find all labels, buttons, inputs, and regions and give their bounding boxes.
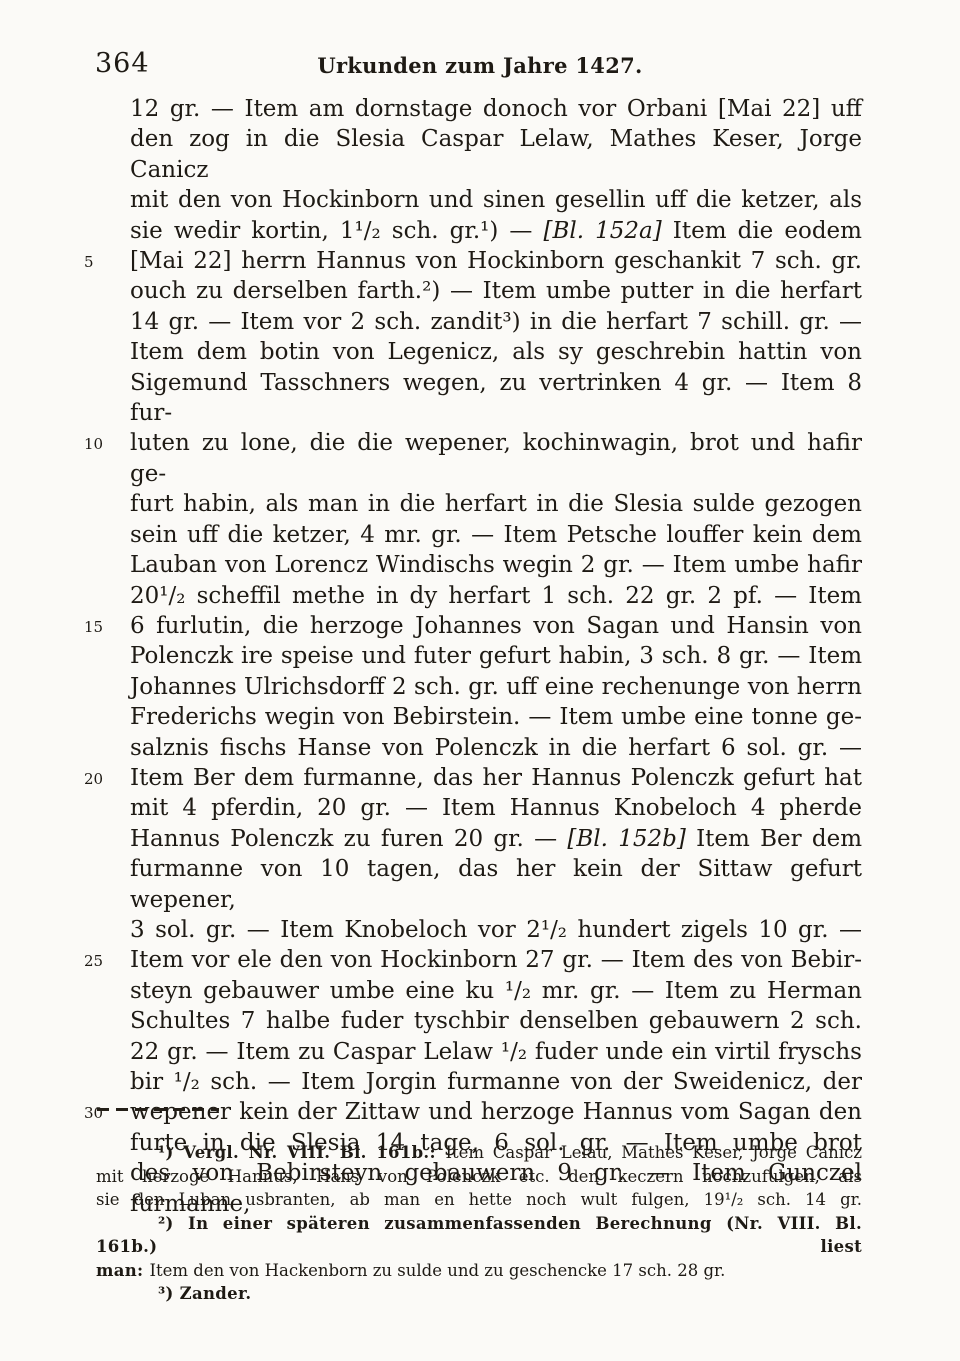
text-line: 3 sol. gr. — Item Knobeloch vor 2¹/₂ hun…	[130, 915, 862, 945]
text-segment: Polenczk ire speise und futer gefurt hab…	[130, 643, 862, 669]
text-line: Frederichs wegin von Bebirstein. — Item …	[130, 702, 862, 732]
text-line: Hannus Polenczk zu furen 20 gr. — [Bl. 1…	[130, 824, 862, 854]
text-segment: 12 gr. — Item am dornstage donoch vor Or…	[130, 96, 862, 122]
text-line: 30wepener kein der Zittaw und herzoge Ha…	[130, 1097, 862, 1127]
text-line: ³) Zander.	[96, 1282, 862, 1306]
text-segment: mit den von Hockinborn und sinen geselli…	[130, 187, 862, 213]
footnotes-block: ¹) Vergl. Nr. VIII. Bl. 161b.: Item Casp…	[96, 1141, 862, 1306]
text-segment: Item den von Hackenborn zu sulde und zu …	[149, 1261, 725, 1280]
text-segment: 6 furlutin, die herzoge Johannes von Sag…	[130, 613, 862, 639]
text-line: Schultes 7 halbe fuder tyschbir denselbe…	[130, 1006, 862, 1036]
text-line: 22 gr. — Item zu Caspar Lelaw ¹/₂ fuder …	[130, 1037, 862, 1067]
text-line: Polenczk ire speise und futer gefurt hab…	[130, 641, 862, 671]
text-line: furt habin, als man in die herfart in di…	[130, 489, 862, 519]
fraktur-text: ³) Zander.	[158, 1284, 251, 1303]
text-line: Lauban von Lorencz Windischs wegin 2 gr.…	[130, 550, 862, 580]
text-segment: Lauban von Lorencz Windischs wegin 2 gr.…	[130, 552, 862, 578]
text-line: mit den von Hockinborn und sinen geselli…	[130, 185, 862, 215]
running-title: Urkunden zum Jahre 1427.	[0, 53, 960, 78]
text-line: 10luten zu lone, die die wepener, kochin…	[130, 428, 862, 489]
fraktur-text: man:	[96, 1261, 149, 1280]
text-line: 20Item Ber dem furmanne, das her Hannus …	[130, 763, 862, 793]
footnote-divider	[97, 1108, 219, 1111]
text-segment: 14 gr. — Item vor 2 sch. zandit³) in die…	[130, 309, 862, 335]
folio-reference: [Bl. 152a]	[544, 218, 662, 244]
text-line: mit 4 pferdin, 20 gr. — Item Hannus Knob…	[130, 793, 862, 823]
text-line: salznis fischs Hanse von Polenczk in die…	[130, 733, 862, 763]
margin-line-number: 15	[84, 620, 118, 635]
text-segment: Item Ber dem furmanne, das her Hannus Po…	[130, 765, 862, 791]
text-line: 12 gr. — Item am dornstage donoch vor Or…	[130, 94, 862, 124]
margin-line-number: 10	[84, 437, 118, 452]
text-segment: luten zu lone, die die wepener, kochinwa…	[130, 430, 862, 486]
fraktur-text: ²) In einer späteren zusammenfassenden B…	[96, 1214, 862, 1257]
text-segment: Item Ber dem	[686, 826, 862, 852]
book-page: 364 Urkunden zum Jahre 1427. 12 gr. — It…	[0, 0, 960, 1361]
text-segment: ouch zu derselben farth.²) — Item umbe p…	[130, 278, 862, 304]
text-segment: sein uff die ketzer, 4 mr. gr. — Item Pe…	[130, 522, 862, 548]
text-line: Item dem botin von Legenicz, als sy gesc…	[130, 337, 862, 367]
text-segment: [Mai 22] herrn Hannus von Hockinborn ges…	[130, 248, 862, 274]
text-line: sein uff die ketzer, 4 mr. gr. — Item Pe…	[130, 520, 862, 550]
text-segment: Item Caspar Lelau, Mathes Keser, Jorge C…	[445, 1143, 862, 1162]
folio-reference: [Bl. 152b]	[567, 826, 685, 852]
text-line: steyn gebauwer umbe eine ku ¹/₂ mr. gr. …	[130, 976, 862, 1006]
text-segment: mit herzoge Hannus, Hans von Polenczk et…	[96, 1167, 862, 1186]
text-segment: sie wedir kortin, 1¹/₂ sch. gr.¹) —	[130, 218, 544, 244]
text-line: 5[Mai 22] herrn Hannus von Hockinborn ge…	[130, 246, 862, 276]
text-line: sie den Luban usbranten, ab man en hette…	[96, 1188, 862, 1212]
text-segment: wepener kein der Zittaw und herzoge Hann…	[130, 1099, 862, 1125]
text-line: Sigemund Tasschners wegen, zu vertrinken…	[130, 368, 862, 429]
margin-line-number: 5	[84, 255, 118, 270]
text-line: 14 gr. — Item vor 2 sch. zandit³) in die…	[130, 307, 862, 337]
text-segment: 22 gr. — Item zu Caspar Lelaw ¹/₂ fuder …	[130, 1039, 862, 1065]
main-text-block: 12 gr. — Item am dornstage donoch vor Or…	[130, 94, 862, 1219]
text-segment: Schultes 7 halbe fuder tyschbir denselbe…	[130, 1008, 862, 1034]
text-line: ouch zu derselben farth.²) — Item umbe p…	[130, 276, 862, 306]
text-line: furmanne von 10 tagen, das her kein der …	[130, 854, 862, 915]
text-segment: sie den Luban usbranten, ab man en hette…	[96, 1190, 862, 1209]
text-segment: Johannes Ulrichsdorff 2 sch. gr. uff ein…	[130, 674, 862, 700]
text-line: man: Item den von Hackenborn zu sulde un…	[96, 1259, 862, 1283]
text-segment: 20¹/₂ scheffil methe in dy herfart 1 sch…	[130, 583, 862, 609]
text-segment: den zog in die Slesia Caspar Lelaw, Math…	[130, 126, 862, 182]
text-segment: bir ¹/₂ sch. — Item Jorgin furmanne von …	[130, 1069, 862, 1095]
text-segment: Item vor ele den von Hockinborn 27 gr. —…	[130, 947, 862, 973]
text-line: bir ¹/₂ sch. — Item Jorgin furmanne von …	[130, 1067, 862, 1097]
text-segment: 3 sol. gr. — Item Knobeloch vor 2¹/₂ hun…	[130, 917, 862, 943]
text-line: Johannes Ulrichsdorff 2 sch. gr. uff ein…	[130, 672, 862, 702]
text-line: 20¹/₂ scheffil methe in dy herfart 1 sch…	[130, 581, 862, 611]
text-segment: Hannus Polenczk zu furen 20 gr. —	[130, 826, 567, 852]
margin-line-number: 25	[84, 954, 118, 969]
text-line: sie wedir kortin, 1¹/₂ sch. gr.¹) — [Bl.…	[130, 216, 862, 246]
text-segment: Item die eodem	[662, 218, 862, 244]
text-line: den zog in die Slesia Caspar Lelaw, Math…	[130, 124, 862, 185]
margin-line-number: 20	[84, 772, 118, 787]
text-line: 156 furlutin, die herzoge Johannes von S…	[130, 611, 862, 641]
text-segment: furt habin, als man in die herfart in di…	[130, 491, 862, 517]
fraktur-text: ¹) Vergl. Nr. VIII. Bl. 161b.:	[158, 1143, 445, 1162]
text-segment: Item dem botin von Legenicz, als sy gesc…	[130, 339, 862, 365]
text-line: ²) In einer späteren zusammenfassenden B…	[96, 1212, 862, 1259]
text-segment: salznis fischs Hanse von Polenczk in die…	[130, 735, 862, 761]
text-segment: furmanne von 10 tagen, das her kein der …	[130, 856, 862, 912]
text-line: mit herzoge Hannus, Hans von Polenczk et…	[96, 1165, 862, 1189]
text-segment: steyn gebauwer umbe eine ku ¹/₂ mr. gr. …	[130, 978, 862, 1004]
text-segment: Frederichs wegin von Bebirstein. — Item …	[130, 704, 862, 730]
text-segment: mit 4 pferdin, 20 gr. — Item Hannus Knob…	[130, 795, 862, 821]
text-line: ¹) Vergl. Nr. VIII. Bl. 161b.: Item Casp…	[96, 1141, 862, 1165]
text-line: 25Item vor ele den von Hockinborn 27 gr.…	[130, 945, 862, 975]
text-segment: Sigemund Tasschners wegen, zu vertrinken…	[130, 370, 862, 426]
